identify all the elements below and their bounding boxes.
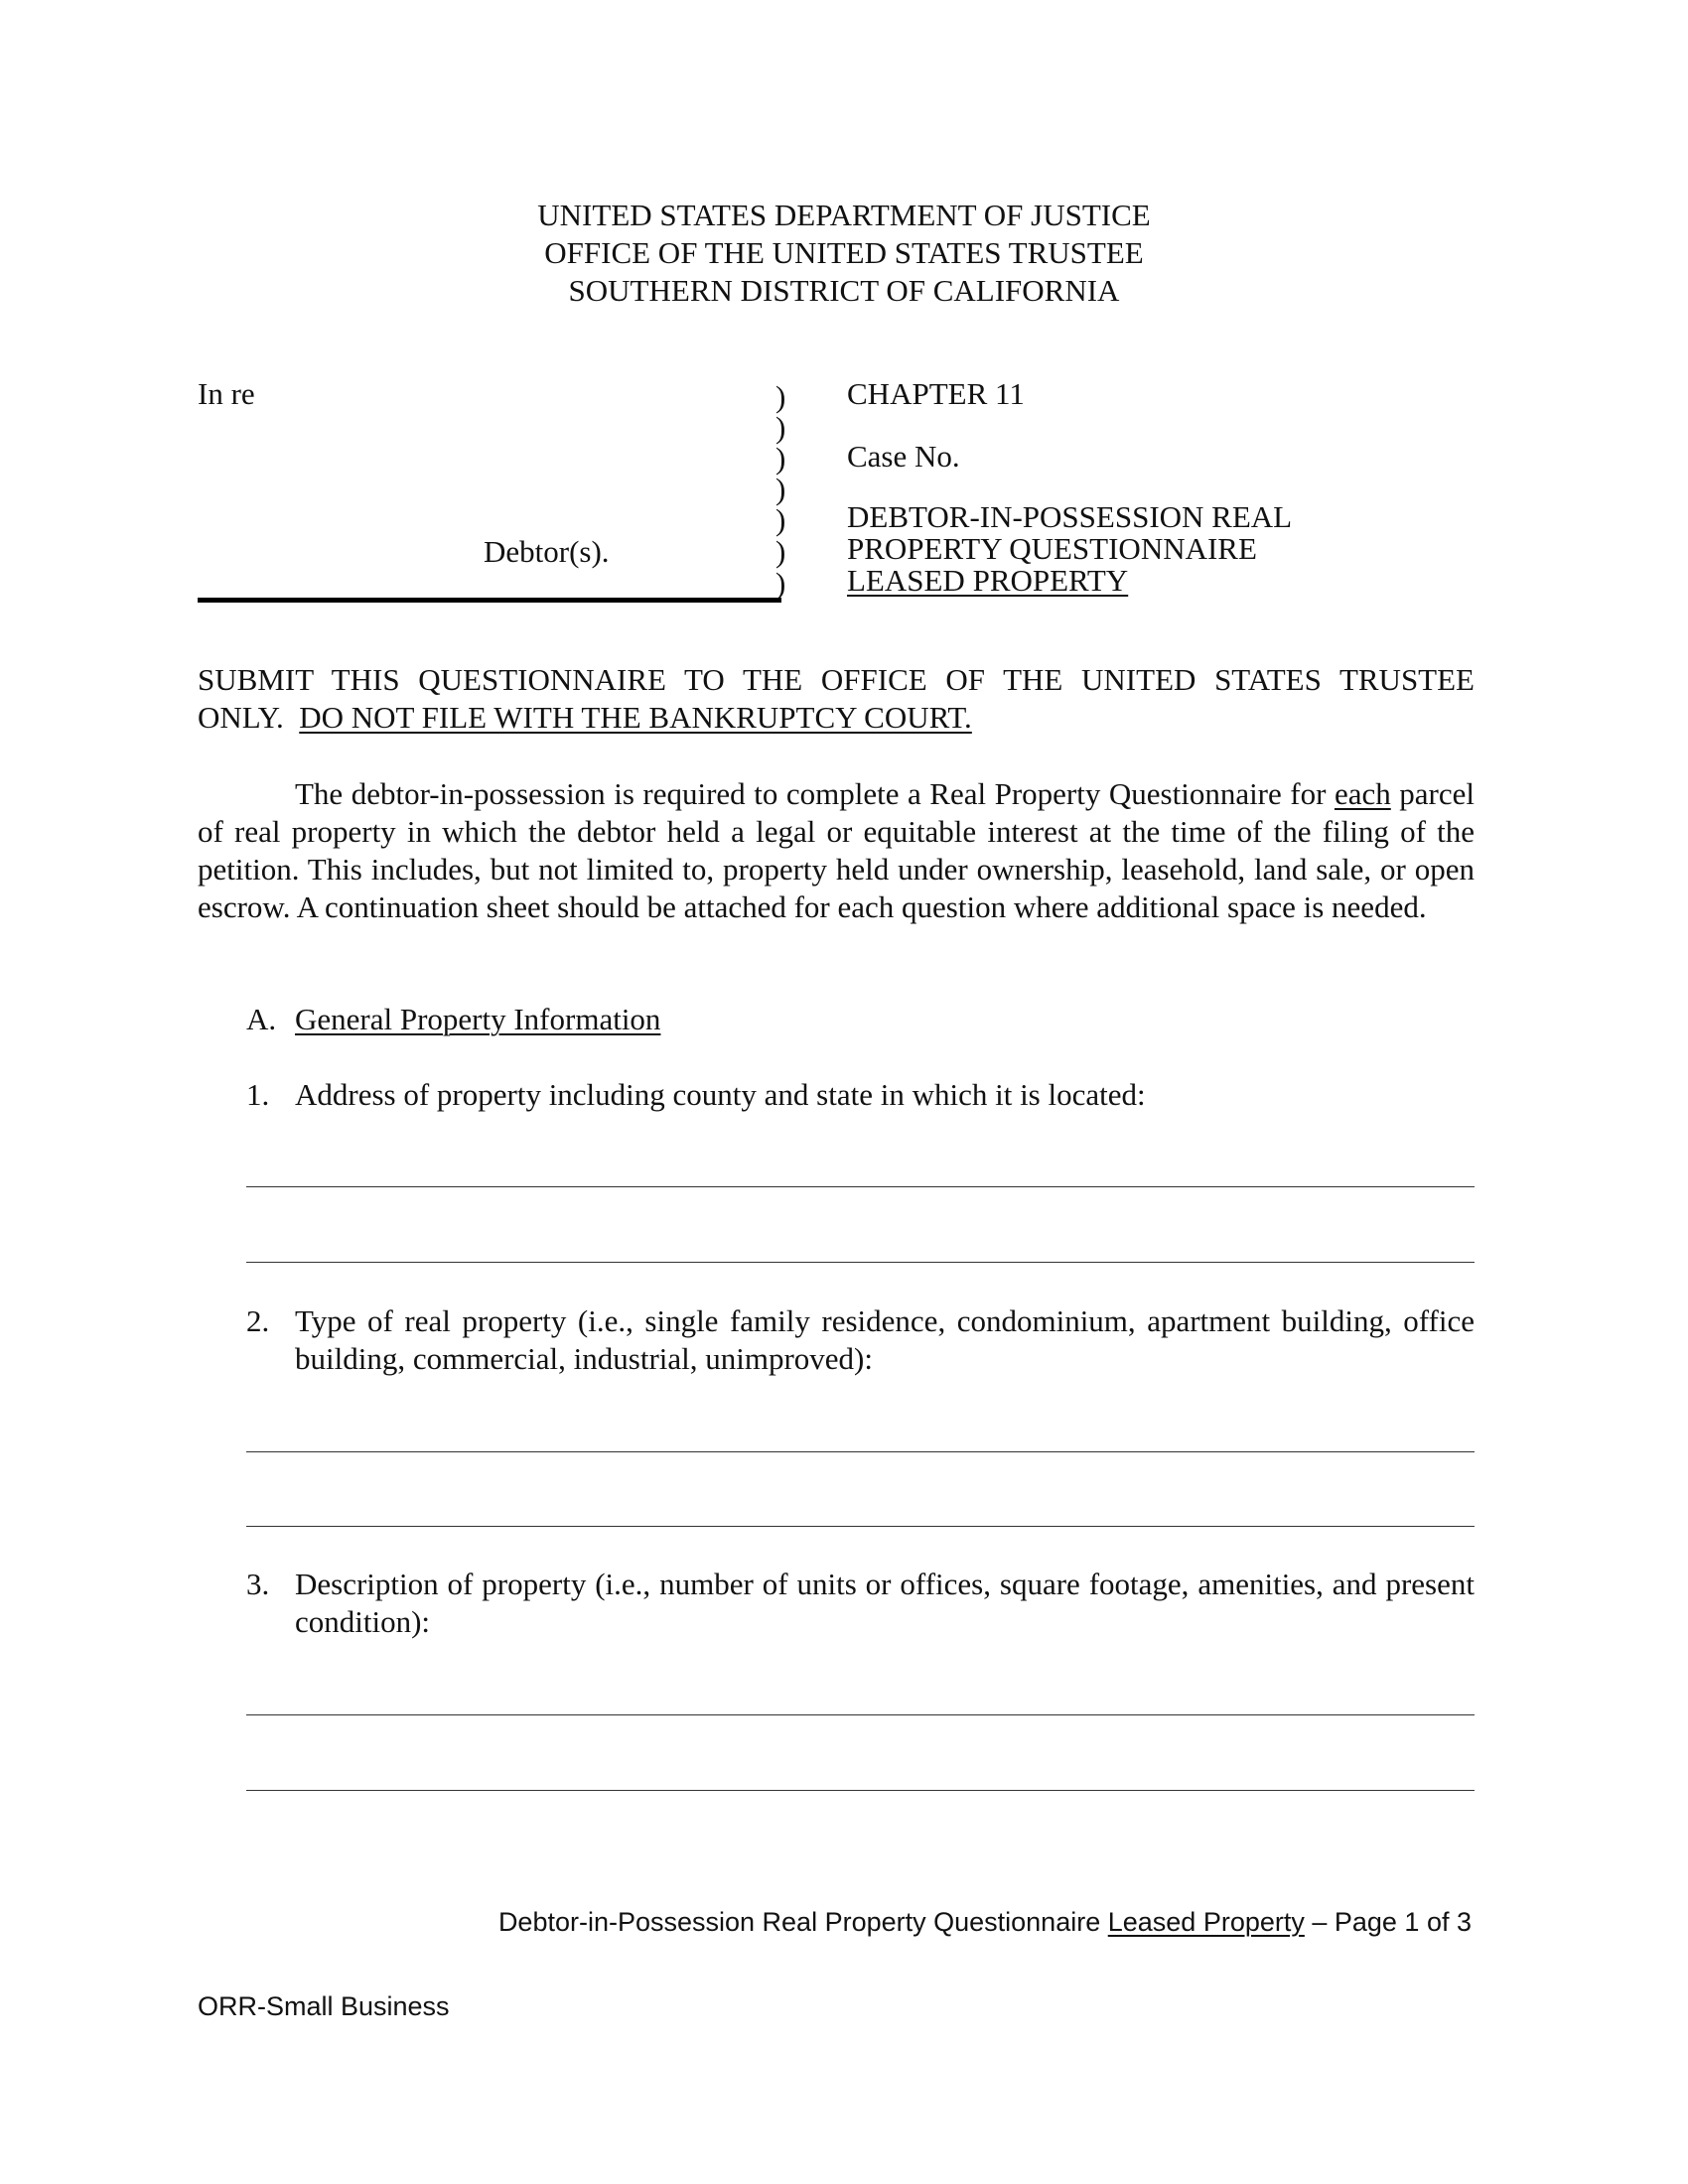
agency-line-3: SOUTHERN DISTRICT OF CALIFORNIA (0, 272, 1688, 310)
case-no-label: Case No. (847, 438, 960, 476)
do-not-file-warning: DO NOT FILE WITH THE BANKRUPTCY COURT. (299, 700, 972, 735)
question-1-text: Address of property including county and… (295, 1076, 1475, 1114)
in-re-label: In re (198, 375, 255, 413)
chapter-label: CHAPTER 11 (847, 375, 1025, 413)
intro-paragraph: The debtor-in-possession is required to … (198, 775, 1475, 926)
question-1-number: 1. (246, 1076, 269, 1114)
answer-line-3a[interactable] (246, 1714, 1475, 1715)
form-id: ORR-Small Business (198, 1991, 450, 2022)
agency-line-2: OFFICE OF THE UNITED STATES TRUSTEE (0, 234, 1688, 272)
question-2-number: 2. (246, 1302, 269, 1340)
question-2-text: Type of real property (i.e., single fami… (295, 1302, 1475, 1378)
debtor-label: Debtor(s). (484, 533, 610, 571)
answer-line-1b[interactable] (246, 1262, 1475, 1263)
answer-line-2a[interactable] (246, 1451, 1475, 1452)
question-3-text: Description of property (i.e., number of… (295, 1566, 1475, 1641)
section-letter: A. (246, 1001, 276, 1038)
doc-title-2: PROPERTY QUESTIONNAIRE (847, 533, 1257, 565)
notice-line-1: SUBMIT THIS QUESTIONNAIRE TO THE OFFICE … (198, 661, 1475, 699)
each-emphasis: each (1335, 776, 1391, 811)
answer-line-1a[interactable] (246, 1186, 1475, 1187)
question-3-number: 3. (246, 1566, 269, 1603)
notice-line-2: ONLY. DO NOT FILE WITH THE BANKRUPTCY CO… (198, 699, 972, 737)
agency-line-1: UNITED STATES DEPARTMENT OF JUSTICE (0, 197, 1688, 234)
doc-title-1: DEBTOR-IN-POSSESSION REAL (847, 501, 1292, 533)
doc-title-3: LEASED PROPERTY (847, 565, 1128, 597)
answer-line-3b[interactable] (246, 1790, 1475, 1791)
section-title: General Property Information (295, 1001, 660, 1038)
page-footer: Debtor-in-Possession Real Property Quest… (498, 1907, 1472, 1938)
caption-rule (198, 598, 781, 603)
answer-line-2b[interactable] (246, 1526, 1475, 1527)
